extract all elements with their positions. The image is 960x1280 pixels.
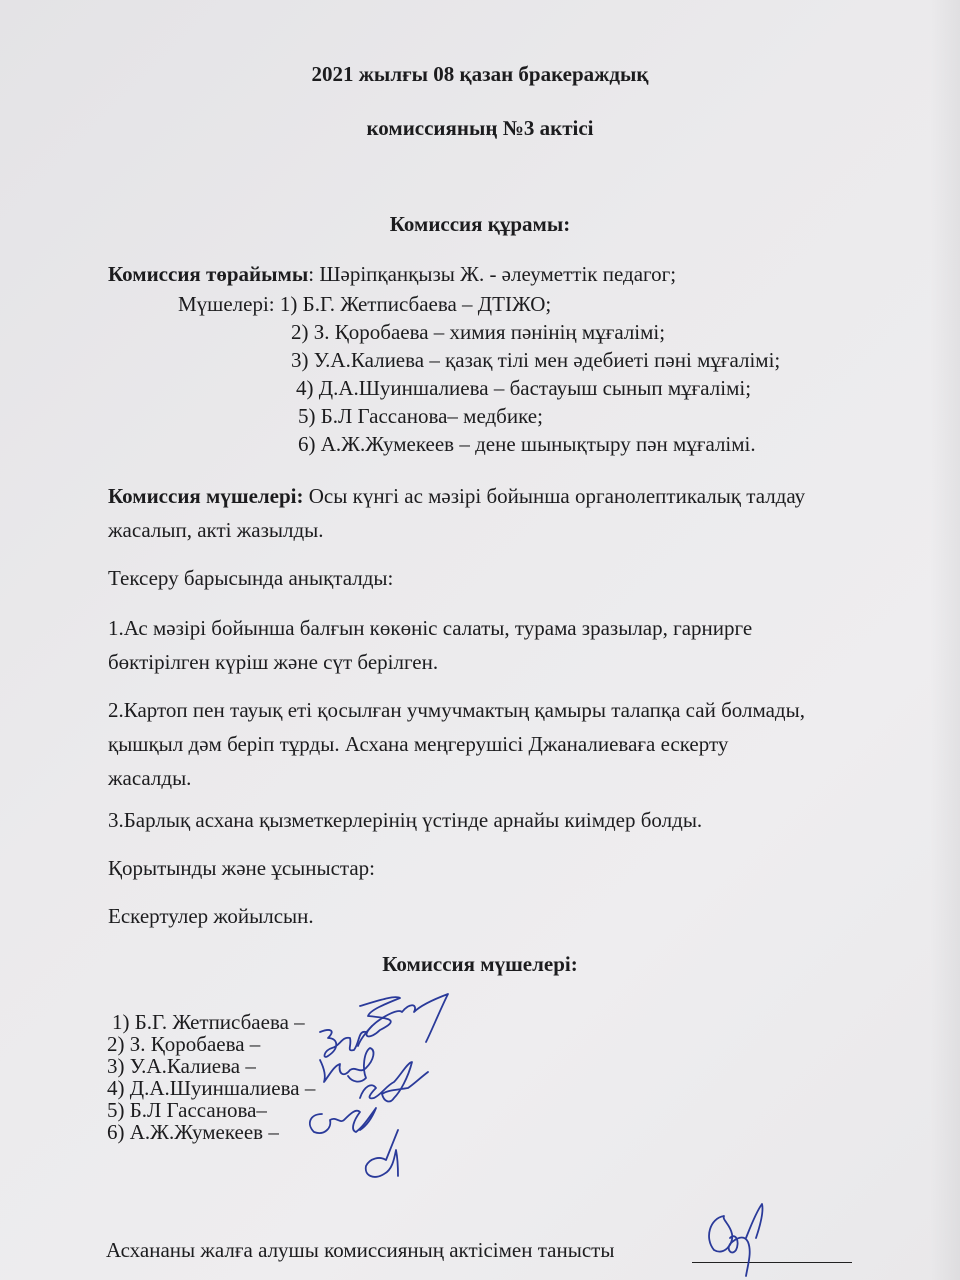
acknowledgement-text: Асхананы жалға алушы комиссияның актісім…: [106, 1238, 614, 1263]
members-label: Мүшелері:: [178, 292, 275, 316]
member-1: 1) Б.Г. Жетписбаева – ДТІЖО;: [280, 292, 551, 316]
document-page: 2021 жылғы 08 қазан бракераждық комиссия…: [0, 0, 960, 1280]
finding-2-line1: 2.Картоп пен тауық еті қосылған учмучмак…: [108, 698, 805, 723]
tenant-signature-icon: [700, 1198, 780, 1280]
finding-3: 3.Барлық асхана қызметкерлерінің үстінде…: [108, 808, 702, 833]
chair-value: : Шәріпқанқызы Ж. - әлеуметтік педагог;: [308, 262, 676, 286]
chair-label: Комиссия төрайымы: [108, 262, 308, 286]
member-4: 4) Д.А.Шуиншалиева – бастауыш сынып мұға…: [296, 376, 751, 401]
signatures-heading: Комиссия мүшелері:: [0, 952, 960, 977]
intro-paragraph-line1: Комиссия мүшелері: Осы күнгі ас мәзірі б…: [108, 484, 805, 509]
conclusions-heading: Қорытынды және ұсыныстар:: [108, 856, 375, 881]
member-6: 6) А.Ж.Жумекеев – дене шынықтыру пән мұғ…: [298, 432, 756, 457]
member-3: 3) У.А.Калиева – қазақ тілі мен әдебиеті…: [291, 348, 780, 373]
members-line-1: Мүшелері: 1) Б.Г. Жетписбаева – ДТІЖО;: [178, 292, 551, 317]
composition-heading: Комиссия құрамы:: [0, 212, 960, 237]
member-5: 5) Б.Л Гассанова– медбике;: [298, 404, 543, 429]
chair-line: Комиссия төрайымы: Шәріпқанқызы Ж. - әле…: [108, 262, 676, 287]
intro-label: Комиссия мүшелері:: [108, 484, 304, 508]
page-shadow: [930, 0, 960, 1280]
member-2: 2) З. Қоробаева – химия пәнінің мұғалімі…: [291, 320, 665, 345]
document-title-line2: комиссияның №3 актісі: [0, 116, 960, 141]
intro-text-2: жасалып, акті жазылды.: [108, 518, 324, 543]
findings-heading: Тексеру барысында анықталды:: [108, 566, 393, 591]
conclusion-text: Ескертулер жойылсын.: [108, 904, 314, 929]
finding-2-line3: жасалды.: [108, 766, 191, 791]
signature-line-6: 6) А.Ж.Жумекеев –: [107, 1120, 279, 1145]
intro-text-1: Осы күнгі ас мәзірі бойынша органолептик…: [304, 484, 806, 508]
finding-2-line2: қышқыл дәм беріп тұрды. Асхана меңгеруші…: [108, 732, 728, 757]
finding-1-line2: бөктірілген күріш және сүт берілген.: [108, 650, 438, 675]
document-title-line1: 2021 жылғы 08 қазан бракераждық: [0, 62, 960, 87]
handwritten-signatures-icon: [300, 990, 460, 1190]
finding-1-line1: 1.Ас мәзірі бойынша балғын көкөніс салат…: [108, 616, 752, 641]
